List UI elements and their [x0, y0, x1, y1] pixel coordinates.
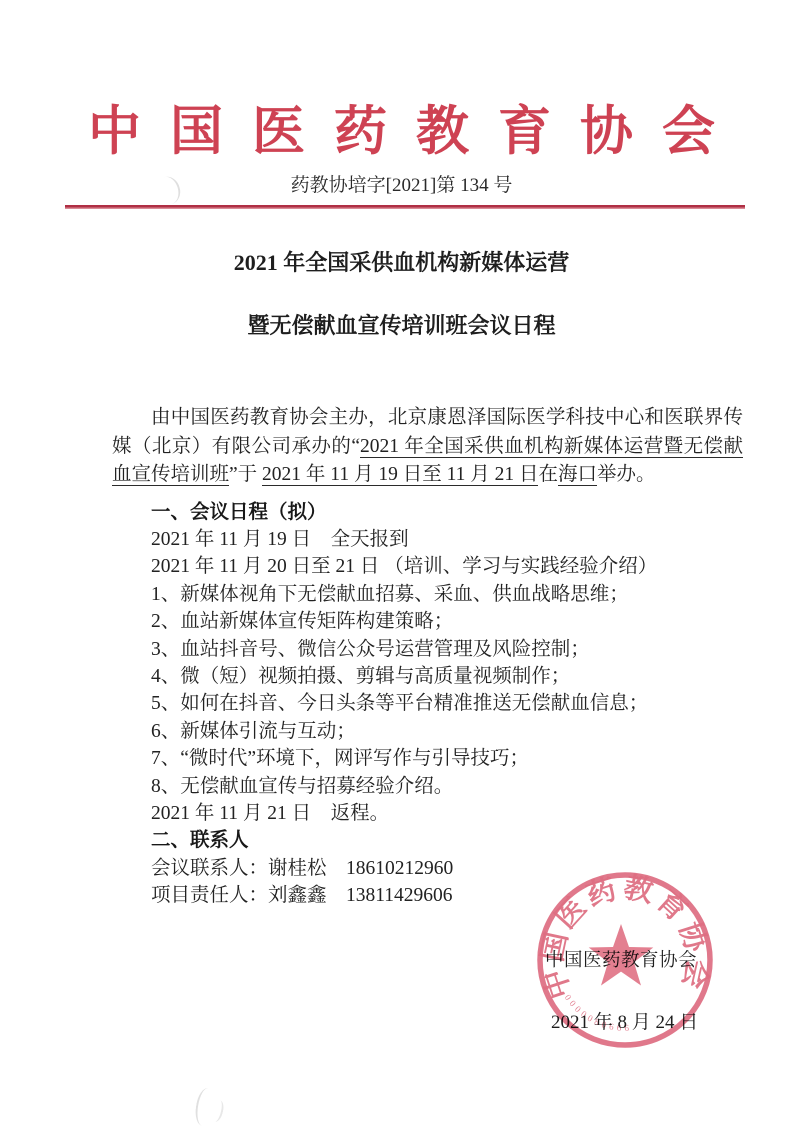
underlined-location: 海口	[558, 464, 597, 486]
official-seal: 中国医药教育协会 0000080666	[529, 864, 721, 1056]
org-title: 中国医药教育协会	[0, 100, 803, 164]
document-page: 中国医药教育协会 药教协培字[2021]第 134 号 2021 年全国采供血机…	[0, 0, 803, 1145]
intro-text: 举办。	[597, 464, 656, 485]
agenda-line: 2021 年 11 月 21 日 返程。	[112, 800, 743, 827]
agenda-line: 4、微（短）视频拍摄、剪辑与高质量视频制作；	[112, 663, 743, 690]
scan-artifact	[210, 1099, 226, 1123]
intro-text: 在	[538, 464, 558, 485]
doc-number: 药教协培字[2021]第 134 号	[0, 173, 803, 199]
agenda-line: 1、新媒体视角下无偿献血招募、采血、供血战略思维；	[112, 581, 743, 608]
underlined-dates: 2021 年 11 月 19 日至 11 月 21 日	[262, 464, 538, 486]
agenda-line: 8、无偿献血宣传与招募经验介绍。	[112, 773, 743, 800]
doc-title-line2: 暨无偿献血宣传培训班会议日程	[0, 311, 803, 341]
agenda-line: 5、如何在抖音、今日头条等平台精准推送无偿献血信息；	[112, 690, 743, 717]
intro-text: ”于	[229, 464, 262, 485]
document-body: 由中国医药教育协会主办，北京康恩泽国际医学科技中心和医联界传媒（北京）有限公司承…	[112, 404, 743, 910]
intro-paragraph: 由中国医药教育协会主办，北京康恩泽国际医学科技中心和医联界传媒（北京）有限公司承…	[112, 404, 743, 490]
agenda-line: 2021 年 11 月 20 日至 21 日 （培训、学习与实践经验介绍）	[112, 553, 743, 580]
agenda-line: 3、血站抖音号、微信公众号运营管理及风险控制；	[112, 636, 743, 663]
red-divider	[65, 205, 745, 209]
agenda-line: 2021 年 11 月 19 日 全天报到	[112, 526, 743, 553]
agenda-heading: 一、会议日程（拟）	[112, 499, 743, 526]
doc-title-line1: 2021 年全国采供血机构新媒体运营	[0, 248, 803, 278]
seal-star-icon	[589, 924, 654, 986]
scan-artifact	[193, 1087, 217, 1127]
agenda-line: 6、新媒体引流与互动；	[112, 718, 743, 745]
contacts-heading: 二、联系人	[112, 827, 743, 854]
agenda-line: 2、血站新媒体宣传矩阵构建策略；	[112, 608, 743, 635]
agenda-line: 7、“微时代”环境下，网评写作与引导技巧；	[112, 745, 743, 772]
